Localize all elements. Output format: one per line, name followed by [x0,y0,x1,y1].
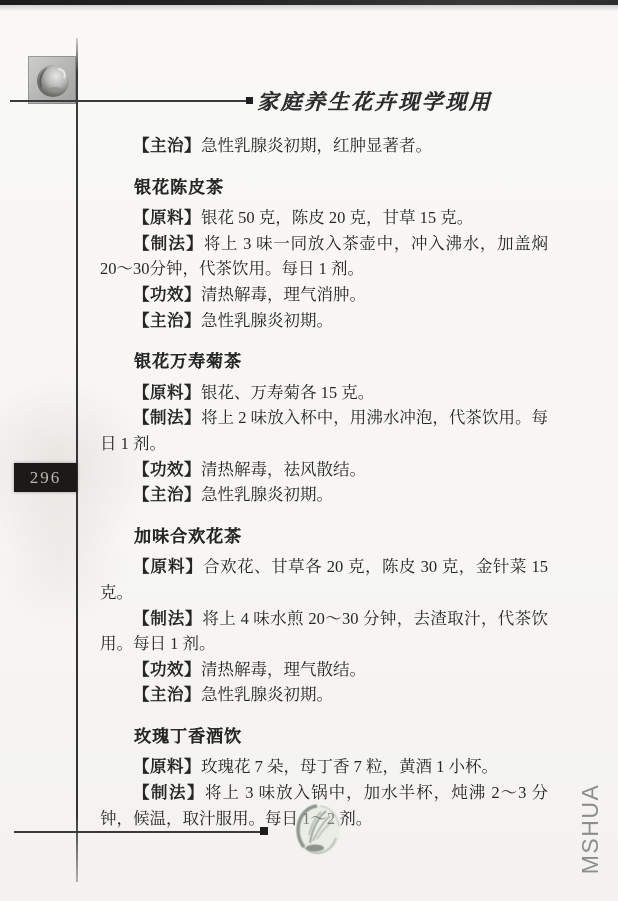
field-text: 急性乳腺炎初期。 [201,311,333,330]
field-text: 玫瑰花 7 朵，母丁香 7 粒，黄酒 1 小杯。 [201,757,498,776]
recipe-method: 【制法】将上 4 味水煎 20～30 分钟，去渣取汁，代茶饮用。每日 1 剂。 [100,606,548,657]
field-text: 急性乳腺炎初期，红肿显著者。 [201,136,432,155]
recipe-effect: 【功效】清热解毒，祛风散结。 [100,457,548,483]
field-text: 清热解毒，理气散结。 [201,660,366,679]
field-label: 【制法】 [133,408,201,427]
recipe-title: 玫瑰丁香酒饮 [100,724,548,750]
field-label: 【制法】 [133,783,205,802]
scan-edge-shadow [0,5,618,11]
publisher-emblem-icon [296,803,344,857]
recipe-effect: 【功效】清热解毒，理气消肿。 [100,282,548,308]
shell-icon [28,56,76,104]
recipe-indication: 【主治】急性乳腺炎初期。 [100,308,548,334]
recipe-indication: 【主治】急性乳腺炎初期。 [100,682,548,708]
header-rule-line [10,100,247,102]
corner-ornament-photo [28,56,76,104]
running-head-book-title: 家庭养生花卉现学现用 [257,86,492,116]
recipe-title: 银花陈皮茶 [100,175,548,201]
field-label: 【制法】 [133,609,202,628]
recipe-ingredients: 【原料】合欢花、甘草各 20 克，陈皮 30 克，金针菜 15 克。 [100,554,548,605]
footer-rule-line [14,831,260,833]
recipe-title: 银花万寿菊茶 [100,349,548,375]
recipe-ingredients: 【原料】银花、万寿菊各 15 克。 [100,380,548,406]
field-label: 【原料】 [133,557,203,576]
recipe-title: 加味合欢花茶 [100,524,548,550]
recipe-method: 【制法】将上 2 味放入杯中，用沸水冲泡，代茶饮用。每日 1 剂。 [100,405,548,456]
scanned-book-page: 家庭养生花卉现学现用 296 【主治】急性乳腺炎初期，红肿显著者。 银花陈皮茶 … [0,0,618,901]
intro-indication-line: 【主治】急性乳腺炎初期，红肿显著者。 [100,133,548,159]
field-label: 【主治】 [133,311,201,330]
recipe-ingredients: 【原料】玫瑰花 7 朵，母丁香 7 粒，黄酒 1 小杯。 [100,754,548,780]
field-label: 【主治】 [133,685,201,704]
page-number: 296 [30,468,62,488]
field-label: 【主治】 [133,136,201,155]
field-label: 【功效】 [133,460,201,479]
recipe-indication: 【主治】急性乳腺炎初期。 [100,482,548,508]
page-body-text: 【主治】急性乳腺炎初期，红肿显著者。 银花陈皮茶 【原料】银花 50 克，陈皮 … [100,133,548,831]
field-text: 急性乳腺炎初期。 [201,485,333,504]
field-label: 【功效】 [133,285,201,304]
header-bullet-square [246,97,253,104]
field-label: 【原料】 [133,757,201,776]
field-label: 【功效】 [133,660,201,679]
field-text: 清热解毒，祛风散结。 [201,460,366,479]
field-text: 清热解毒，理气消肿。 [201,285,366,304]
field-label: 【原料】 [133,383,201,402]
field-label: 【原料】 [133,208,201,227]
scanner-watermark: MSHUA [540,779,618,879]
field-text: 银花、万寿菊各 15 克。 [201,383,374,402]
left-rule-line [76,38,78,882]
page-number-badge: 296 [14,463,77,492]
field-label: 【主治】 [133,485,201,504]
recipe-method: 【制法】将上 3 味一同放入茶壶中，冲入沸水，加盖焖 20～30分钟，代茶饮用。… [100,231,548,282]
field-text: 急性乳腺炎初期。 [201,685,333,704]
recipe-effect: 【功效】清热解毒，理气散结。 [100,657,548,683]
footer-bullet-square [260,827,268,835]
recipe-ingredients: 【原料】银花 50 克，陈皮 20 克，甘草 15 克。 [100,205,548,231]
field-text: 银花 50 克，陈皮 20 克，甘草 15 克。 [201,208,473,227]
field-label: 【制法】 [133,234,204,253]
